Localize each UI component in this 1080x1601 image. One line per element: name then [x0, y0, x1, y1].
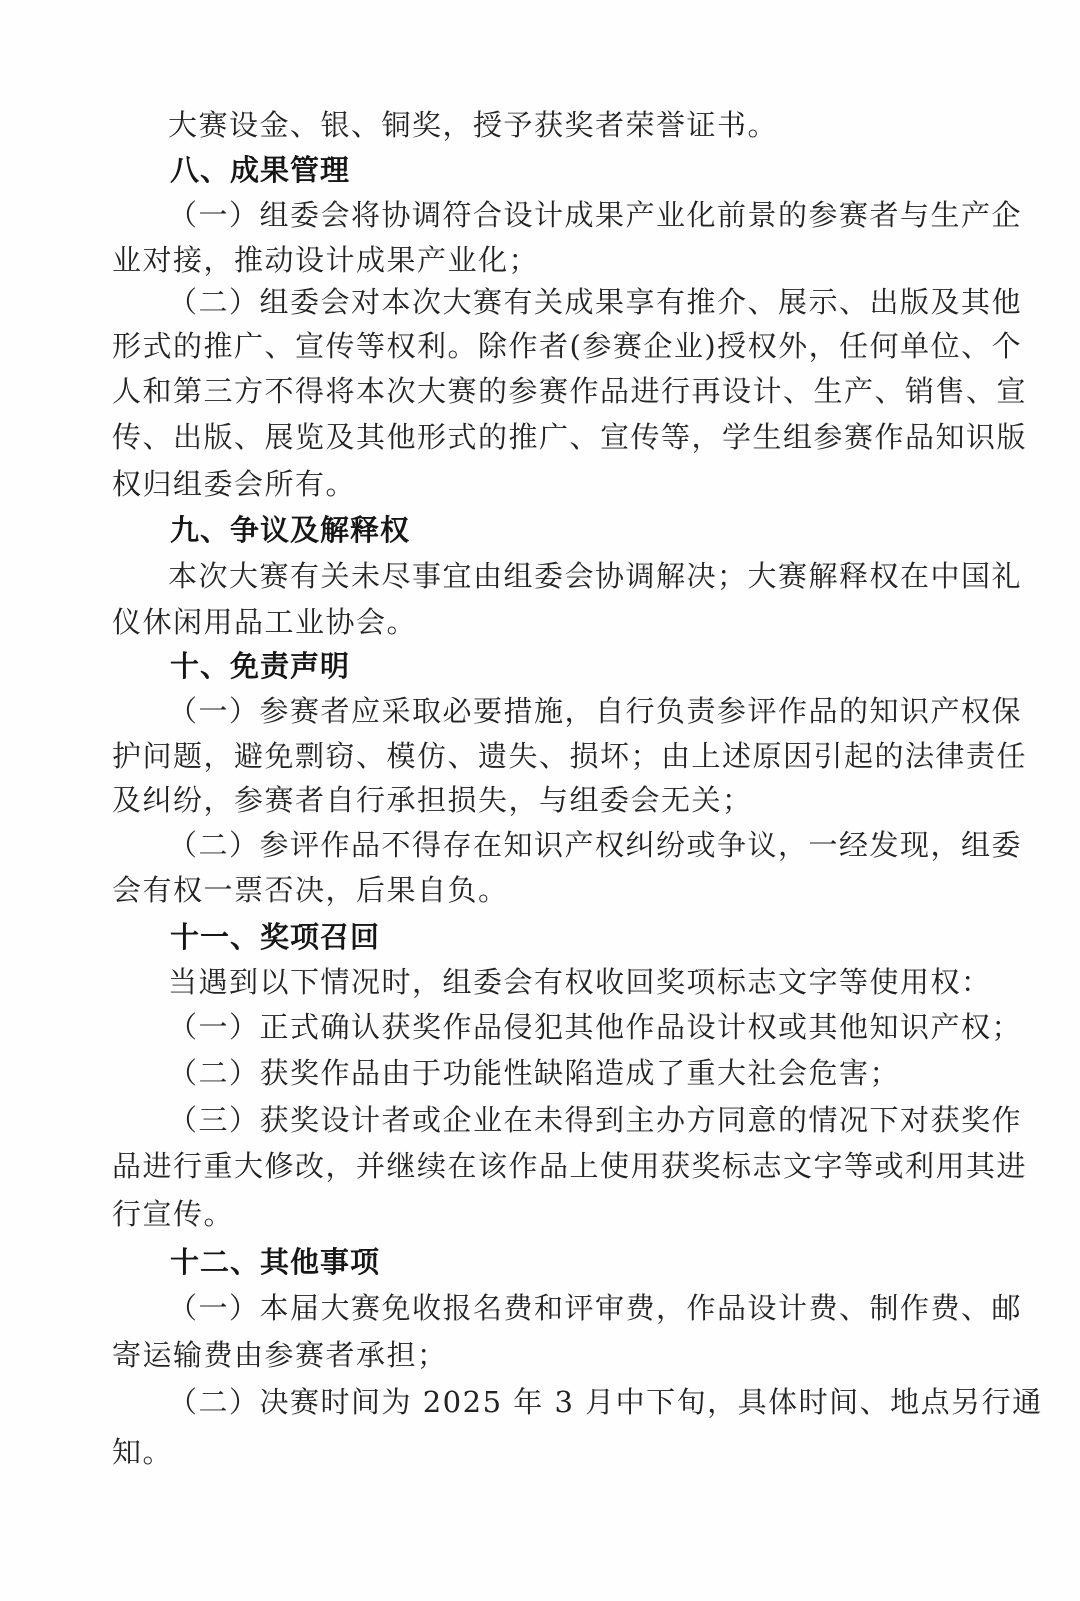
paragraph-line: 仪休闲用品工业协会。 [112, 605, 948, 639]
paragraph-line: 会有权一票否决，后果自负。 [112, 873, 948, 907]
paragraph-line: 及纠纷，参赛者自行承担损失，与组委会无关； [112, 783, 948, 817]
section-heading: 十二、其他事项 [170, 1245, 380, 1279]
paragraph-line: （一）组委会将协调符合设计成果产业化前景的参赛者与生产企 [168, 198, 948, 232]
paragraph-line: （一）正式确认获奖作品侵犯其他作品设计权或其他知识产权； [168, 1010, 948, 1044]
section-heading: 八、成果管理 [170, 153, 350, 187]
paragraph-line: 当遇到以下情况时，组委会有权收回奖项标志文字等使用权： [168, 965, 948, 999]
paragraph-line: 人和第三方不得将本次大赛的参赛作品进行再设计、生产、销售、宣 [112, 374, 948, 408]
paragraph-line: （二）决赛时间为 2025 年 3 月中下旬，具体时间、地点另行通 [168, 1385, 948, 1419]
paragraph-line: （一）参赛者应采取必要措施，自行负责参评作品的知识产权保 [168, 694, 948, 728]
paragraph-line: 形式的推广、宣传等权利。除作者(参赛企业)授权外，任何单位、个 [112, 329, 948, 363]
paragraph-line: （二）获奖作品由于功能性缺陷造成了重大社会危害； [168, 1056, 948, 1090]
section-heading: 十一、奖项召回 [170, 920, 380, 954]
paragraph-line: （二）组委会对本次大赛有关成果享有推介、展示、出版及其他 [168, 285, 948, 319]
paragraph-line: 护问题，避免剽窃、模仿、遗失、损坏；由上述原因引起的法律责任 [112, 739, 948, 773]
section-heading: 九、争议及解释权 [170, 513, 410, 547]
document-page: 大赛设金、银、铜奖，授予获奖者荣誉证书。八、成果管理（一）组委会将协调符合设计成… [0, 0, 1080, 1601]
paragraph-line: （三）获奖设计者或企业在未得到主办方同意的情况下对获奖作 [168, 1103, 948, 1137]
paragraph-line: 行宣传。 [112, 1197, 948, 1231]
paragraph-line: 本次大赛有关未尽事宜由组委会协调解决；大赛解释权在中国礼 [168, 559, 948, 593]
paragraph-line: 寄运输费由参赛者承担； [112, 1338, 948, 1372]
section-heading: 十、免责声明 [170, 649, 350, 683]
paragraph-line: （一）本届大赛免收报名费和评审费，作品设计费、制作费、邮 [168, 1291, 948, 1325]
paragraph-line: 业对接，推动设计成果产业化； [112, 243, 948, 277]
paragraph-line: 权归组委会所有。 [112, 467, 948, 501]
paragraph-line: （二）参评作品不得存在知识产权纠纷或争议，一经发现，组委 [168, 828, 948, 862]
paragraph-line: 大赛设金、银、铜奖，授予获奖者荣誉证书。 [168, 108, 948, 142]
paragraph-line: 传、出版、展览及其他形式的推广、宣传等，学生组参赛作品知识版 [112, 420, 948, 454]
paragraph-line: 知。 [112, 1435, 948, 1469]
paragraph-line: 品进行重大修改，并继续在该作品上使用获奖标志文字等或利用其进 [112, 1149, 948, 1183]
